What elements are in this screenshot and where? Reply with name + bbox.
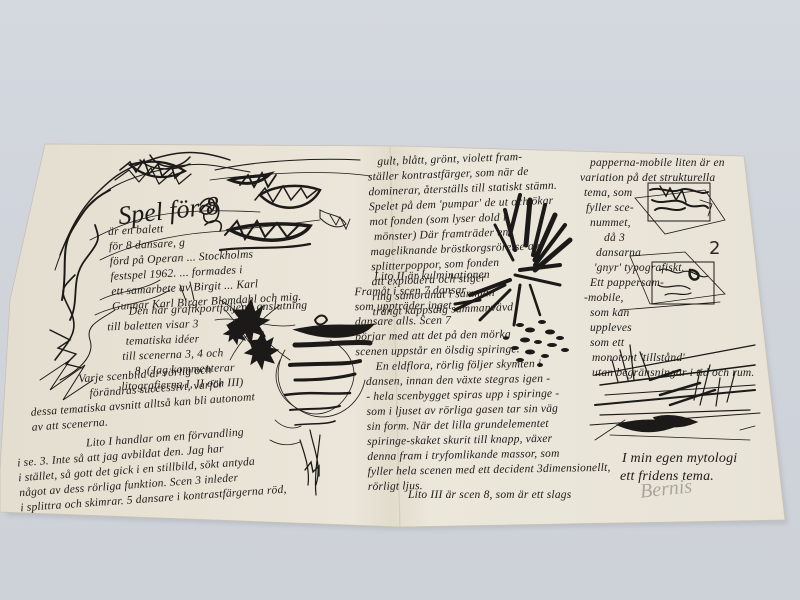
text-line: variation på det strukturella (580, 171, 755, 186)
text-line: som ett (580, 336, 755, 351)
text-line: som kan (580, 306, 755, 321)
text-line: Ett pappersam- (580, 276, 755, 291)
right-column-text: papperna-mobile liten är en variation på… (580, 156, 755, 381)
text-line: 'gnyr' typografiskt. (580, 261, 755, 276)
center-lito3-text: Lito III är scen 8, som är ett slags (408, 488, 571, 503)
text-line: nummet, (580, 216, 755, 231)
text-line: monotont 'tillstånd' (580, 351, 755, 366)
text-line: uppleves (580, 321, 755, 336)
text-line: Lito III är scen 8, som är ett slags (408, 488, 571, 503)
text-line: fyller sce- (580, 201, 755, 216)
page-number: 2 (709, 238, 720, 259)
text-line: utan begränsningar i tid och rum. (580, 366, 755, 381)
text-line: dansarna (580, 246, 755, 261)
text-line: -mobile, (580, 291, 755, 306)
text-line: papperna-mobile liten är en (580, 156, 755, 171)
text-line: I min egen mytologi (620, 450, 737, 468)
text-line: tema, som (580, 186, 755, 201)
text-line: då 3 (580, 231, 755, 246)
center-lito2-text: Lito II är kulminationen Framåt i scen 7… (354, 266, 611, 495)
